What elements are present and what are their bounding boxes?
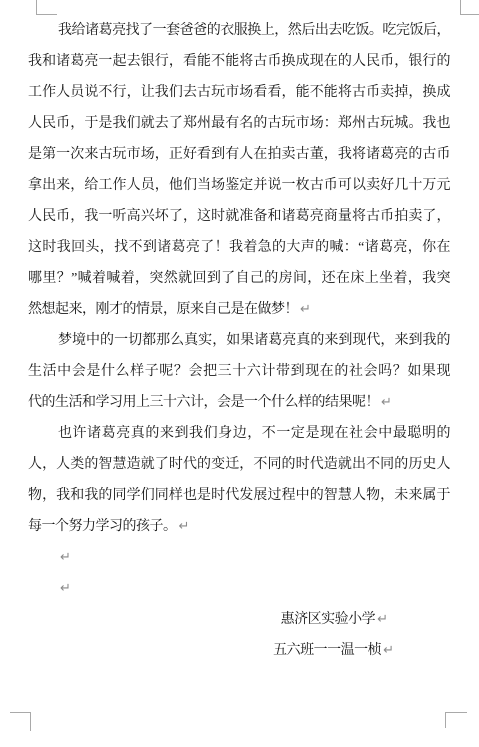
text-line-content: 物，我和我的同学们同样也是时代发展过程中的智慧人物，未来属于 (28, 488, 450, 503)
text-line-content: 然想起来，刚才的情景，原来自己是在做梦！ (28, 302, 298, 317)
margin-mark-top-right-icon (460, 0, 479, 15)
text-line-content: 也许诸葛亮真的来到我们身边，不一定是现在社会中最聪明的 (58, 426, 450, 441)
document-body-text: 我给诸葛亮找了一套爸爸的衣服换上，然后出去吃饭。吃完饭后，我和诸葛亮一起去银行，… (28, 15, 450, 604)
signature-block: 惠济区实验小学↵ 五六班一一温一桢↵ (28, 604, 450, 666)
margin-mark-top-left-icon (36, 0, 57, 15)
text-line-content: 工作人员说不行，让我们去古玩市场看看，能不能将古币卖掉，换成 (28, 85, 450, 100)
text-line: 人，人类的智慧造就了时代的变迁，不同的时代造就出不同的历史人 (28, 449, 450, 480)
signature-school-text: 惠济区实验小学 (281, 612, 376, 627)
text-line: 是第一次来古玩市场，正好看到有人在拍卖古董，我将诸葛亮的古币 (28, 139, 450, 170)
text-line-content: 这时我回头，找不到诸葛亮了！我着急的大声的喊：“诸葛亮，你在 (28, 240, 450, 255)
document-page: 我给诸葛亮找了一套爸爸的衣服换上，然后出去吃饭。吃完饭后，我和诸葛亮一起去银行，… (0, 0, 479, 747)
text-line-content: 拿出来，给工作人员，他们当场鉴定并说一枚古币可以卖好几十万元 (28, 178, 450, 193)
text-line: 代的生活和学习用上三十六计，会是一个什么样的结果呢！↵ (28, 387, 450, 418)
text-line: 也许诸葛亮真的来到我们身边，不一定是现在社会中最聪明的 (28, 418, 450, 449)
signature-class-author-line: 五六班一一温一桢↵ (28, 635, 450, 666)
paragraph-mark-icon: ↵ (60, 550, 71, 565)
paragraph-mark-icon: ↵ (377, 612, 388, 627)
text-line: 我和诸葛亮一起去银行，看能不能将古币换成现在的人民币，银行的 (28, 46, 450, 77)
text-line-content: 哪里？”喊着喊着，突然就回到了自己的房间，还在床上坐着，我突 (28, 271, 450, 286)
text-line-content: 人民币，于是我们就去了郑州最有名的古玩市场：郑州古玩城。我也 (28, 116, 450, 131)
text-line-content: 每一个努力学习的孩子。 (28, 519, 177, 534)
paragraph-mark-icon: ↵ (381, 395, 392, 410)
text-line: 工作人员说不行，让我们去古玩市场看看，能不能将古币卖掉，换成 (28, 77, 450, 108)
text-line: ↵ (28, 573, 450, 604)
text-line: 哪里？”喊着喊着，突然就回到了自己的房间，还在床上坐着，我突 (28, 263, 450, 294)
text-line-content: 我和诸葛亮一起去银行，看能不能将古币换成现在的人民币，银行的 (28, 54, 450, 69)
text-line-content: 是第一次来古玩市场，正好看到有人在拍卖古董，我将诸葛亮的古币 (28, 147, 450, 162)
text-line-content: 梦境中的一切都那么真实，如果诸葛亮真的来到现代，来到我的 (58, 333, 450, 348)
text-line-content: 人民币，我一听高兴坏了，这时就准备和诸葛亮商量将古币拍卖了， (28, 209, 450, 224)
paragraph-mark-icon: ↵ (179, 519, 190, 534)
text-line: 梦境中的一切都那么真实，如果诸葛亮真的来到现代，来到我的 (28, 325, 450, 356)
text-line: 我给诸葛亮找了一套爸爸的衣服换上，然后出去吃饭。吃完饭后， (28, 15, 450, 46)
margin-mark-bottom-right-icon (445, 712, 467, 728)
text-line: 这时我回头，找不到诸葛亮了！我着急的大声的喊：“诸葛亮，你在 (28, 232, 450, 263)
signature-class-author-text: 五六班一一温一桢 (273, 643, 381, 658)
text-line-content: 人，人类的智慧造就了时代的变迁，不同的时代造就出不同的历史人 (28, 457, 450, 472)
paragraph-mark-icon: ↵ (60, 581, 71, 596)
margin-mark-bottom-left-icon (10, 712, 31, 731)
text-line-content: 我给诸葛亮找了一套爸爸的衣服换上，然后出去吃饭。吃完饭后， (58, 23, 450, 38)
text-line: 物，我和我的同学们同样也是时代发展过程中的智慧人物，未来属于 (28, 480, 450, 511)
text-line: 每一个努力学习的孩子。↵ (28, 511, 450, 542)
text-line: 生活中会是什么样子呢？会把三十六计带到现在的社会吗？如果现 (28, 356, 450, 387)
paragraph-mark-icon: ↵ (383, 643, 394, 658)
text-line-content: 生活中会是什么样子呢？会把三十六计带到现在的社会吗？如果现 (28, 364, 450, 379)
text-line: ↵ (28, 542, 450, 573)
text-line-content: 代的生活和学习用上三十六计，会是一个什么样的结果呢！ (28, 395, 379, 410)
text-line: 然想起来，刚才的情景，原来自己是在做梦！↵ (28, 294, 450, 325)
text-line: 拿出来，给工作人员，他们当场鉴定并说一枚古币可以卖好几十万元 (28, 170, 450, 201)
text-line: 人民币，我一听高兴坏了，这时就准备和诸葛亮商量将古币拍卖了， (28, 201, 450, 232)
text-line: 人民币，于是我们就去了郑州最有名的古玩市场：郑州古玩城。我也 (28, 108, 450, 139)
signature-school-line: 惠济区实验小学↵ (28, 604, 450, 635)
paragraph-mark-icon: ↵ (300, 302, 311, 317)
